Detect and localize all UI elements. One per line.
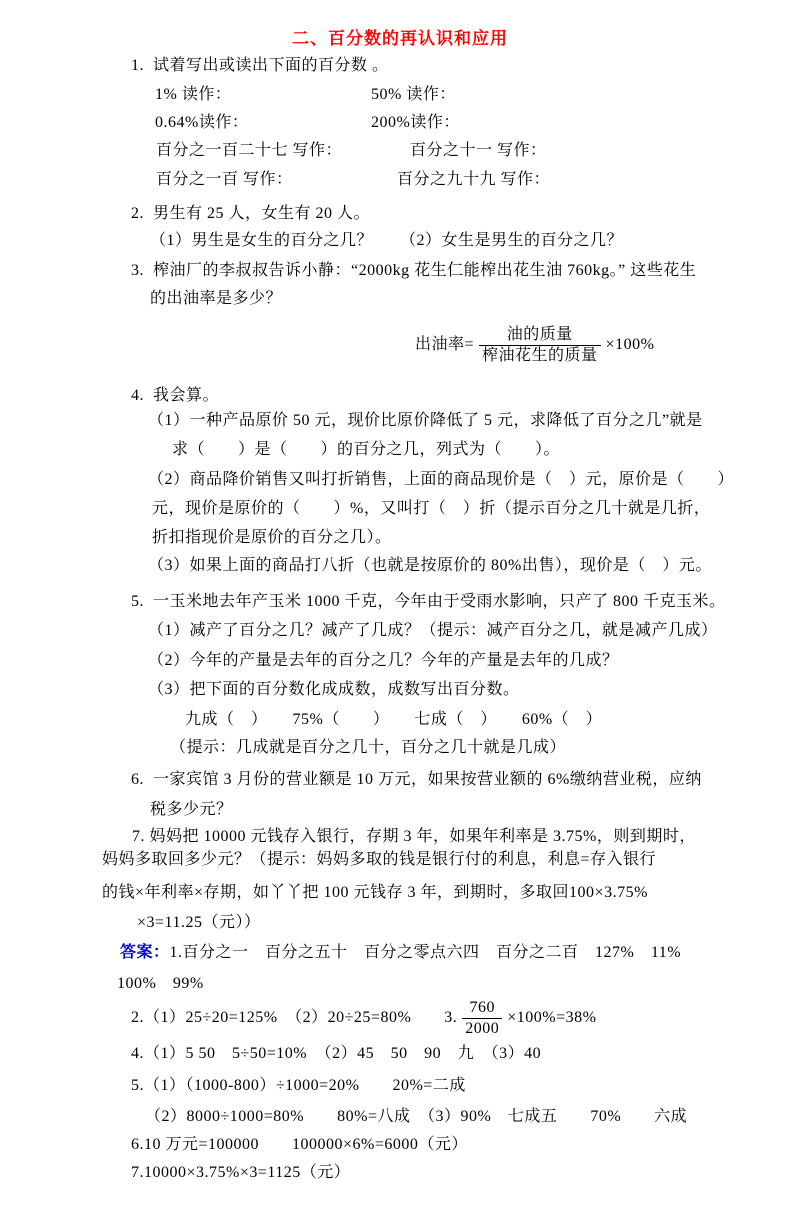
q3-line-2: 的出油率是多少？: [150, 290, 282, 308]
q5-heading: 5. 一玉米地去年产玉米 1000 千克，今年由于受雨水影响，只产了 800 千…: [131, 593, 726, 611]
q3-line-1: 3. 榨油厂的李叔叔告诉小静：“2000kg 花生仁能榨出花生油 760kg。”…: [131, 262, 696, 280]
formula-lhs: 出油率=: [415, 336, 474, 354]
q4-heading: 4. 我会算。: [131, 387, 219, 405]
worksheet-page: 二、百分数的再认识和应用 1. 试着写出或读出下面的百分数 。 1% 读作： 5…: [0, 0, 800, 1212]
q1-pair-right: 50% 读作：: [371, 86, 456, 104]
q5-line: 九成（ ） 75%（ ） 七成（ ） 60%（ ）: [185, 711, 602, 729]
q5-line: （2）今年的产量是去年的百分之几？今年的产量是去年的几成？: [148, 652, 619, 670]
q7-line-2: 妈妈多取回多少元？（提示：妈妈多取的钱是银行付的利息，利息=存入银行: [102, 851, 656, 869]
q5-line: （提示：几成就是百分之几十，百分之几十就是几成）: [170, 739, 566, 757]
q1-heading: 1. 试着写出或读出下面的百分数 。: [131, 57, 389, 75]
answers-line-8: 7.10000×3.75%×3=1125（元）: [131, 1164, 350, 1182]
page-title: 二、百分数的再认识和应用: [0, 24, 800, 49]
q4-line: 求（ ）是（ ）的百分之几，列式为（ ）。: [172, 441, 560, 459]
q7-line-1: 7. 妈妈把 10000 元钱存入银行，存期 3 年，如果年利率是 3.75%，…: [132, 828, 696, 846]
fraction-denominator: 2000: [462, 1018, 502, 1038]
q2-sub-left: （1）男生是女生的百分之几？: [150, 232, 373, 250]
answers-line-3: 2.（1）25÷20=125% （2）20÷25=80% 3.7602000×1…: [131, 995, 596, 1041]
q1-pair-left: 0.64%读作：: [155, 114, 248, 132]
q1-pair-left: 百分之一百 写作：: [156, 171, 293, 189]
q1-pair-left: 百分之一百二十七 写作：: [156, 142, 342, 160]
q4-line: （1）一种产品原价 50 元，现价比原价降低了 5 元，求降低了百分之几”就是: [148, 412, 703, 430]
q7-line-4: ×3=11.25（元））: [137, 914, 260, 932]
q6-line-1: 6. 一家宾馆 3 月份的营业额是 10 万元，如果按营业额的 6%缴纳营业税，…: [131, 771, 702, 789]
answer-2-3-prefix: 2.（1）25÷20=125% （2）20÷25=80% 3.: [131, 1009, 457, 1027]
q1-pair-right: 百分之十一 写作：: [410, 142, 547, 160]
formula-rhs: ×100%: [606, 336, 655, 354]
answers-line-1-text: 1.百分之一 百分之五十 百分之零点六四 百分之二百 127% 11%: [170, 944, 682, 961]
q1-pair-right: 百分之九十九 写作：: [397, 171, 550, 189]
q4-line: 元，现价是原价的（ ）%，又叫打（ ）折（提示百分之几十就是几折，: [152, 500, 710, 518]
answers-line-4: 4.（1）5 50 5÷50=10% （2）45 50 90 九 （3）40: [131, 1045, 541, 1063]
q4-line: （2）商品降价销售又叫打折销售，上面的商品现价是（ ）元，原价是（ ）: [148, 471, 734, 489]
fraction-denominator: 榨油花生的质量: [479, 345, 601, 365]
fraction-numerator: 760: [467, 999, 499, 1018]
q5-line: （1）减产了百分之几？减产了几成？（提示：减产百分之几，就是减产几成）: [148, 622, 718, 640]
q4-line: 折扣指现价是原价的百分之几）。: [152, 529, 392, 547]
fraction-numerator: 油的质量: [504, 326, 576, 345]
answers-line-5: 5.（1）（1000-800）÷1000=20% 20%=二成: [131, 1077, 466, 1095]
q5-line: （3）把下面的百分数化成成数，成数写出百分数。: [148, 681, 520, 699]
answer-3-fraction: 7602000: [462, 999, 502, 1037]
answers-line-6: （2）8000÷1000=80% 80%=八成 （3）90% 七成五 70% 六…: [145, 1108, 687, 1126]
q6-line-2: 税多少元？: [150, 801, 233, 819]
answer-3-suffix: ×100%=38%: [507, 1009, 596, 1027]
answers-line-7: 6.10 万元=100000 100000×6%=6000（元）: [131, 1136, 468, 1154]
q2-heading: 2. 男生有 25 人，女生有 20 人。: [131, 205, 370, 223]
q2-sub-right: （2）女生是男生的百分之几？: [400, 232, 623, 250]
answers-line-1: 答案：1.百分之一 百分之五十 百分之零点六四 百分之二百 127% 11%: [120, 944, 681, 962]
q1-pair-right: 200%读作：: [371, 114, 460, 132]
q1-pair-left: 1% 读作：: [155, 86, 231, 104]
answers-label: 答案：: [120, 944, 170, 961]
q4-line: （3）如果上面的商品打八折（也就是按原价的 80%出售），现价是（ ）元。: [148, 557, 712, 575]
oil-rate-formula: 出油率=油的质量榨油花生的质量×100%: [415, 322, 654, 368]
answers-line-2: 100% 99%: [117, 975, 204, 993]
formula-fraction: 油的质量榨油花生的质量: [479, 326, 601, 364]
q7-line-3: 的钱×年利率×存期，如丫丫把 100 元钱存 3 年，到期时，多取回100×3.…: [102, 884, 648, 902]
